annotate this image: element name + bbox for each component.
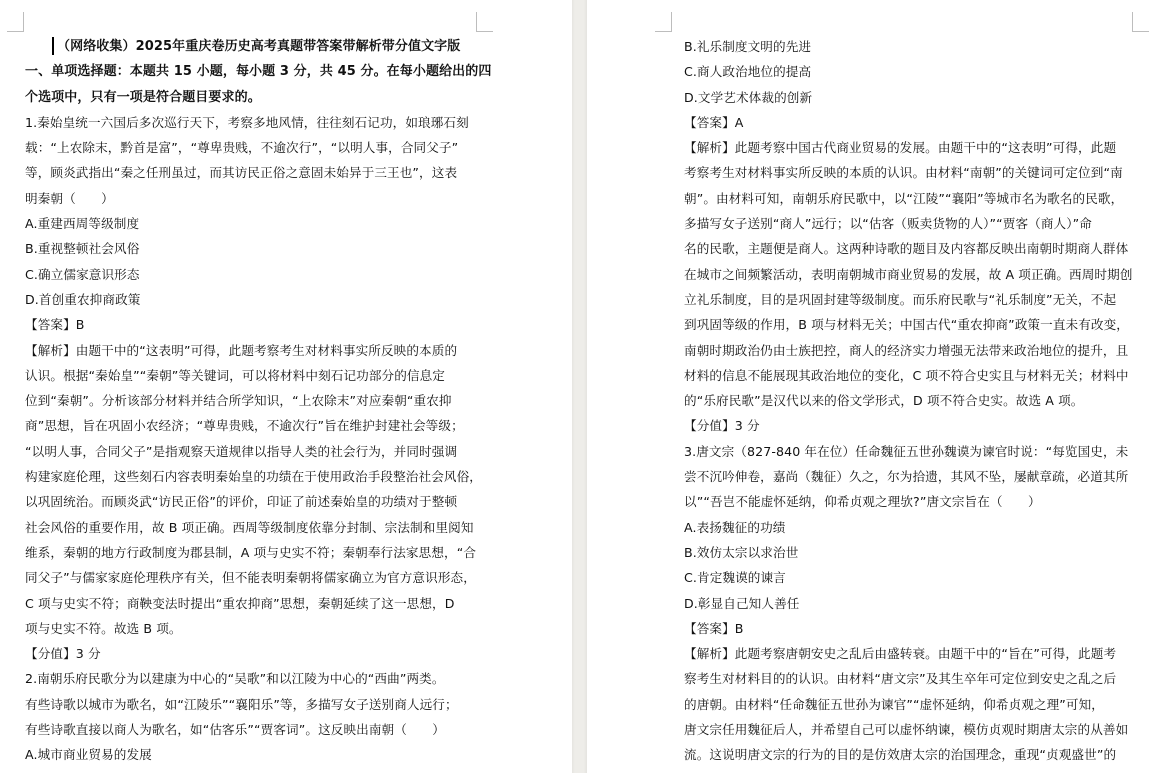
score-label: 【分值】3 分 <box>25 641 480 666</box>
margin-corner-mark-top-right <box>476 12 493 32</box>
option-a: A.城市商业贸易的发展 <box>25 742 480 767</box>
analysis-text: 【解析】此题考察唐朝安史之乱后由盛转衰。由题干中的“旨在”可得，此题考 <box>684 641 1144 666</box>
analysis-text: 【解析】此题考察中国古代商业贸易的发展。由题干中的“这表明”可得，此题 <box>684 135 1144 160</box>
analysis-text: 流。这说明唐文宗的行为的目的是仿效唐太宗的治国理念，重现“贞观盛世”的 <box>684 742 1144 767</box>
analysis-text: 材料的信息不能展现其政治地位的变化，C 项不符合史实且与材料无关；材料中 <box>684 363 1144 388</box>
question-3-stem: 3.唐文宗（827-840 年在位）任命魏征五世孙魏谟为谏官时说：“每览国史，未 <box>684 439 1144 464</box>
analysis-text: “以明人事，合同父子”是指观察天道规律以指导人类的社会行为，并同时强调 <box>25 439 480 464</box>
analysis-text: 维系，秦朝的地方行政制度为郡县制，A 项与史实不符；秦朝奉行法家思想，“合 <box>25 540 480 565</box>
question-3-stem: 尝不沉吟伸卷，嘉尚（魏征）久之，尔为拾遗，其风不坠，屡献章疏，必道其所 <box>684 464 1144 489</box>
analysis-text: 南朝时期政治仍由士族把控，商人的经济实力增强无法带来政治地位的提升，且 <box>684 338 1144 363</box>
analysis-text: 考察考生对材料事实所反映的本质的认识。由材料“南朝”的关键词可定位到“南 <box>684 160 1144 185</box>
option-b: B.重视整顿社会风俗 <box>25 236 480 261</box>
option-c: C.确立儒家意识形态 <box>25 262 480 287</box>
analysis-text: 商”思想，旨在巩固小农经济；“尊卑贵贱，不逾次行”旨在维护封建社会等级； <box>25 413 480 438</box>
analysis-text: 立礼乐制度，目的是巩固封建等级制度。而乐府民歌与“礼乐制度”无关，不起 <box>684 287 1144 312</box>
analysis-text: 多描写女子送别“商人”远行；以“估客（贩卖货物的人）”“贾客（商人）”命 <box>684 211 1144 236</box>
margin-corner-mark-top-right <box>1132 12 1149 32</box>
question-2-stem: 有些诗歌直接以商人为歌名，如“估客乐”“贾客词”。这反映出南朝（ ） <box>25 717 480 742</box>
option-a: A.重建西周等级制度 <box>25 211 480 236</box>
option-d: D.首创重农抑商政策 <box>25 287 480 312</box>
analysis-text: 察考生对材料目的的认识。由材料“唐文宗”及其生卒年可定位到安史之乱之后 <box>684 666 1144 691</box>
page-body[interactable]: B.礼乐制度文明的先进 C.商人政治地位的提高 D.文学艺术体裁的创新 【答案】… <box>684 34 1144 768</box>
question-1-stem: 1.秦始皇统一六国后多次巡行天下，考察多地风情，往往刻石记功，如琅琊石刻 <box>25 110 480 135</box>
question-3-stem: 以”“吾岂不能虚怀延纳，仰希贞观之理欤?”唐文宗旨在（ ） <box>684 489 1144 514</box>
document-page-left: （网络收集）2025年重庆卷历史高考真题带答案带解析带分值文字版 一、单项选择题… <box>0 0 572 773</box>
section-heading-line: 个选项中，只有一项是符合题目要求的。 <box>25 85 480 110</box>
analysis-text: 以巩固统治。而顾炎武“访民正俗”的评价，印证了前述秦始皇的功绩对于整顿 <box>25 489 480 514</box>
question-1-stem: 明秦朝（ ） <box>25 186 480 211</box>
option-d: D.彰显自己知人善任 <box>684 591 1144 616</box>
page-body[interactable]: （网络收集）2025年重庆卷历史高考真题带答案带解析带分值文字版 一、单项选择题… <box>25 34 480 768</box>
option-a: A.表扬魏征的功绩 <box>684 515 1144 540</box>
score-label: 【分值】3 分 <box>684 413 1144 438</box>
analysis-text: 社会风俗的重要作用，故 B 项正确。西周等级制度依靠分封制、宗法制和里阅知 <box>25 515 480 540</box>
document-page-right: B.礼乐制度文明的先进 C.商人政治地位的提高 D.文学艺术体裁的创新 【答案】… <box>587 0 1174 773</box>
analysis-text: 项与史实不符。故选 B 项。 <box>25 616 480 641</box>
margin-corner-mark-top-left <box>7 12 24 32</box>
option-c: C.商人政治地位的提高 <box>684 59 1144 84</box>
question-2-stem: 有些诗歌以城市为歌名，如“江陵乐”“襄阳乐”等，多描写女子送别商人远行； <box>25 692 480 717</box>
page-gutter <box>572 0 587 773</box>
answer-label: 【答案】B <box>684 616 1144 641</box>
analysis-text: 认识。根据“秦始皇”“秦朝”等关键词，可以将材料中刻石记功部分的信息定 <box>25 363 480 388</box>
question-2-stem: 2.南朝乐府民歌分为以建康为中心的“吴歌”和以江陵为中心的“西曲”两类。 <box>25 666 480 691</box>
margin-corner-mark-top-left <box>655 12 672 32</box>
document-title[interactable]: （网络收集）2025年重庆卷历史高考真题带答案带解析带分值文字版 <box>25 34 480 59</box>
text-cursor <box>52 37 54 55</box>
analysis-text: 位到“秦朝”。分析该部分材料并结合所学知识，“上农除末”对应秦朝“重农抑 <box>25 388 480 413</box>
analysis-text: 构建家庭伦理，这些刻石内容表明秦始皇的功绩在于使用政治手段整治社会风俗， <box>25 464 480 489</box>
option-b: B.效仿太宗以求治世 <box>684 540 1144 565</box>
analysis-text: 的“乐府民歌”是汉代以来的俗文学形式，D 项不符合史实。故选 A 项。 <box>684 388 1144 413</box>
option-b: B.礼乐制度文明的先进 <box>684 34 1144 59</box>
answer-label: 【答案】A <box>684 110 1144 135</box>
option-d: D.文学艺术体裁的创新 <box>684 85 1144 110</box>
analysis-text: 朝”。由材料可知，南朝乐府民歌中，以“江陵”“襄阳”等城市名为歌名的民歌， <box>684 186 1144 211</box>
analysis-text: 同父子”与儒家家庭伦理秩序有关，但不能表明秦朝将儒家确立为官方意识形态， <box>25 565 480 590</box>
answer-label: 【答案】B <box>25 312 480 337</box>
section-heading-line: 一、单项选择题：本题共 15 小题，每小题 3 分，共 45 分。在每小题给出的… <box>25 59 480 84</box>
analysis-text: 的唐朝。由材料“任命魏征五世孙为谏官”“虚怀延纳，仰希贞观之理”可知， <box>684 692 1144 717</box>
question-1-stem: 等，顾炎武指出“秦之任刑虽过，而其访民正俗之意固未始异于三王也”，这表 <box>25 160 480 185</box>
option-c: C.肯定魏谟的谏言 <box>684 565 1144 590</box>
analysis-text: 唐文宗任用魏征后人，并希望自己可以虚怀纳谏，模仿贞观时期唐太宗的从善如 <box>684 717 1144 742</box>
analysis-text: 【解析】由题干中的“这表明”可得，此题考察考生对材料事实所反映的本质的 <box>25 338 480 363</box>
question-1-stem: 载：“上农除末，黔首是富”，“尊卑贵贱，不逾次行”，“以明人事，合同父子” <box>25 135 480 160</box>
analysis-text: 名的民歌，主题便是商人。这两种诗歌的题目及内容都反映出南朝时期商人群体 <box>684 236 1144 261</box>
analysis-text: 在城市之间频繁活动，表明南朝城市商业贸易的发展，故 A 项正确。西周时期创 <box>684 262 1144 287</box>
analysis-text: C 项与史实不符；商鞅变法时提出“重农抑商”思想，秦朝延续了这一思想，D <box>25 591 480 616</box>
analysis-text: 到巩固等级的作用，B 项与材料无关；中国古代“重农抑商”政策一直未有改变， <box>684 312 1144 337</box>
